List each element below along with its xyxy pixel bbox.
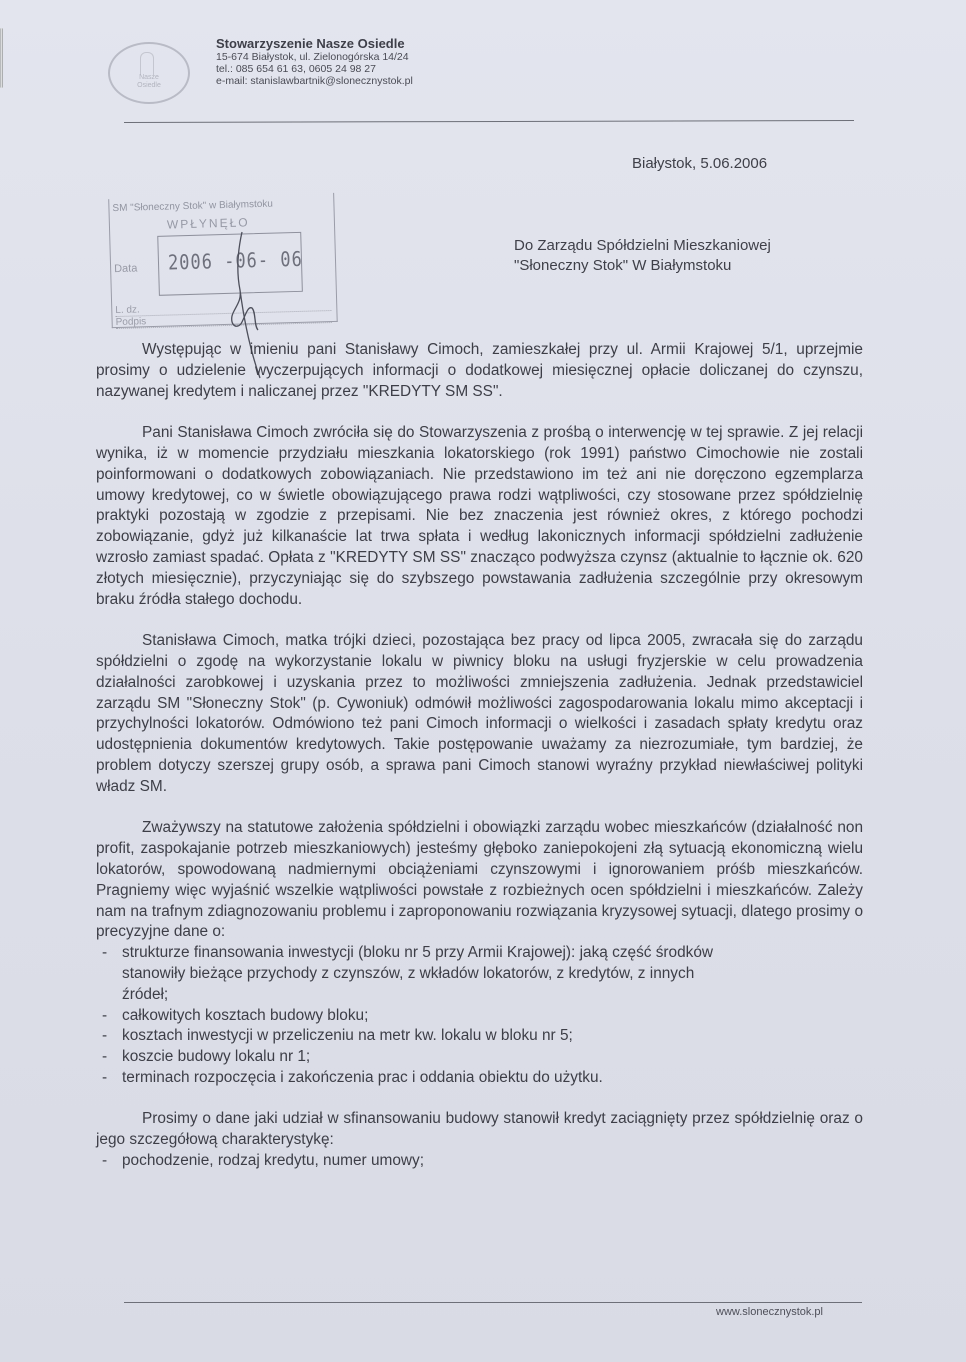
document-page: Nasze Osiedle Stowarzyszenie Nasze Osied… (0, 0, 966, 1362)
list-item: -terminach rozpoczęcia i zakończenia pra… (96, 1068, 863, 1089)
organization-email: e-mail: stanislawbartnik@slonecznystok.p… (216, 75, 413, 87)
paragraph-1: Występując w imieniu pani Stanisławy Cim… (96, 340, 863, 402)
addressee-line1: Do Zarządu Spółdzielni Mieszkaniowej (514, 236, 771, 256)
list-item: -koszcie budowy lokalu nr 1; (96, 1047, 863, 1068)
staple (0, 28, 3, 88)
list-item: -strukturze finansowania inwestycji (blo… (96, 943, 863, 1005)
stamp-date-label: Data (114, 262, 138, 275)
requested-data-list: -strukturze finansowania inwestycji (blo… (96, 943, 863, 1089)
footer-divider (124, 1302, 862, 1303)
organization-name: Stowarzyszenie Nasze Osiedle (216, 36, 413, 51)
letter-body: Występując w imieniu pani Stanisławy Cim… (96, 340, 863, 1172)
organization-logo: Nasze Osiedle (108, 42, 190, 104)
addressee: Do Zarządu Spółdzielni Mieszkaniowej "Sł… (514, 236, 771, 276)
place-date: Białystok, 5.06.2006 (632, 155, 767, 172)
list-item: -kosztach inwestycji w przeliczeniu na m… (96, 1026, 863, 1047)
list-item: -całkowitych kosztach budowy bloku; (96, 1006, 863, 1027)
paragraph-5: Prosimy o dane jaki udział w sfinansowan… (96, 1109, 863, 1151)
header-divider (124, 120, 854, 123)
list-item: -pochodzenie, rodzaj kredytu, numer umow… (96, 1151, 863, 1172)
paragraph-2: Pani Stanisława Cimoch zwróciła się do S… (96, 423, 863, 610)
paragraph-3: Stanisława Cimoch, matka trójki dzieci, … (96, 631, 863, 797)
organization-address: 15-674 Białystok, ul. Zielonogórska 14/2… (216, 51, 413, 63)
footer-url: www.slonecznystok.pl (716, 1306, 823, 1318)
addressee-line2: "Słoneczny Stok" W Białymstoku (514, 256, 771, 276)
building-icon (140, 52, 154, 75)
logo-text: Nasze Osiedle (124, 74, 174, 90)
credit-details-list: -pochodzenie, rodzaj kredytu, numer umow… (96, 1151, 863, 1172)
paragraph-4: Zważywszy na statutowe założenia spółdzi… (96, 818, 863, 943)
organization-phone: tel.: 085 654 61 63, 0605 24 98 27 (216, 63, 413, 75)
letterhead: Stowarzyszenie Nasze Osiedle 15-674 Biał… (216, 36, 413, 87)
